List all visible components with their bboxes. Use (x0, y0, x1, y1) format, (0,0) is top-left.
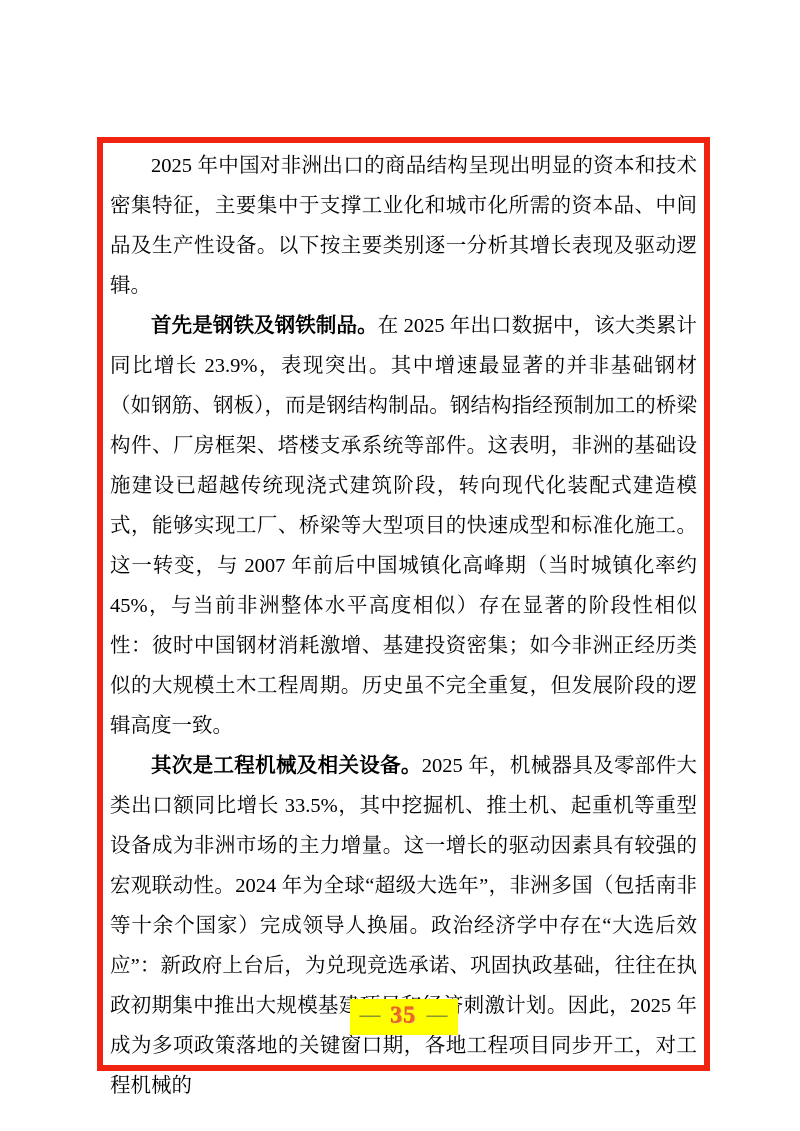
paragraph-lead: 其次是工程机械及相关设备。 (151, 755, 422, 777)
paragraph-text: 2025 年中国对非洲出口的商品结构呈现出明显的资本和技术密集特征，主要集中于支… (110, 155, 697, 297)
paragraph-text: 2025 年，机械器具及零部件大类出口额同比增长 33.5%，其中挖掘机、推土机… (110, 755, 697, 1097)
document-page: 2025 年中国对非洲出口的商品结构呈现出明显的资本和技术密集特征，主要集中于支… (0, 0, 800, 1131)
paragraph-lead: 首先是钢铁及钢铁制品。 (151, 315, 378, 337)
footer-dash-right: — (427, 1002, 448, 1026)
document-body: 2025 年中国对非洲出口的商品结构呈现出明显的资本和技术密集特征，主要集中于支… (103, 143, 704, 1106)
paragraph-intro: 2025 年中国对非洲出口的商品结构呈现出明显的资本和技术密集特征，主要集中于支… (110, 146, 697, 306)
page-number: 35 (391, 1003, 417, 1029)
page-footer: — 35 — (103, 999, 704, 1035)
footer-dash-left: — (360, 1002, 381, 1026)
page-number-highlight: — 35 — (350, 999, 458, 1035)
red-border-frame: 2025 年中国对非洲出口的商品结构呈现出明显的资本和技术密集特征，主要集中于支… (97, 137, 710, 1071)
paragraph-text: 在 2025 年出口数据中，该大类累计同比增长 23.9%，表现突出。其中增速最… (110, 315, 697, 737)
paragraph-steel: 首先是钢铁及钢铁制品。在 2025 年出口数据中，该大类累计同比增长 23.9%… (110, 306, 697, 746)
paragraph-machinery: 其次是工程机械及相关设备。2025 年，机械器具及零部件大类出口额同比增长 33… (110, 746, 697, 1106)
